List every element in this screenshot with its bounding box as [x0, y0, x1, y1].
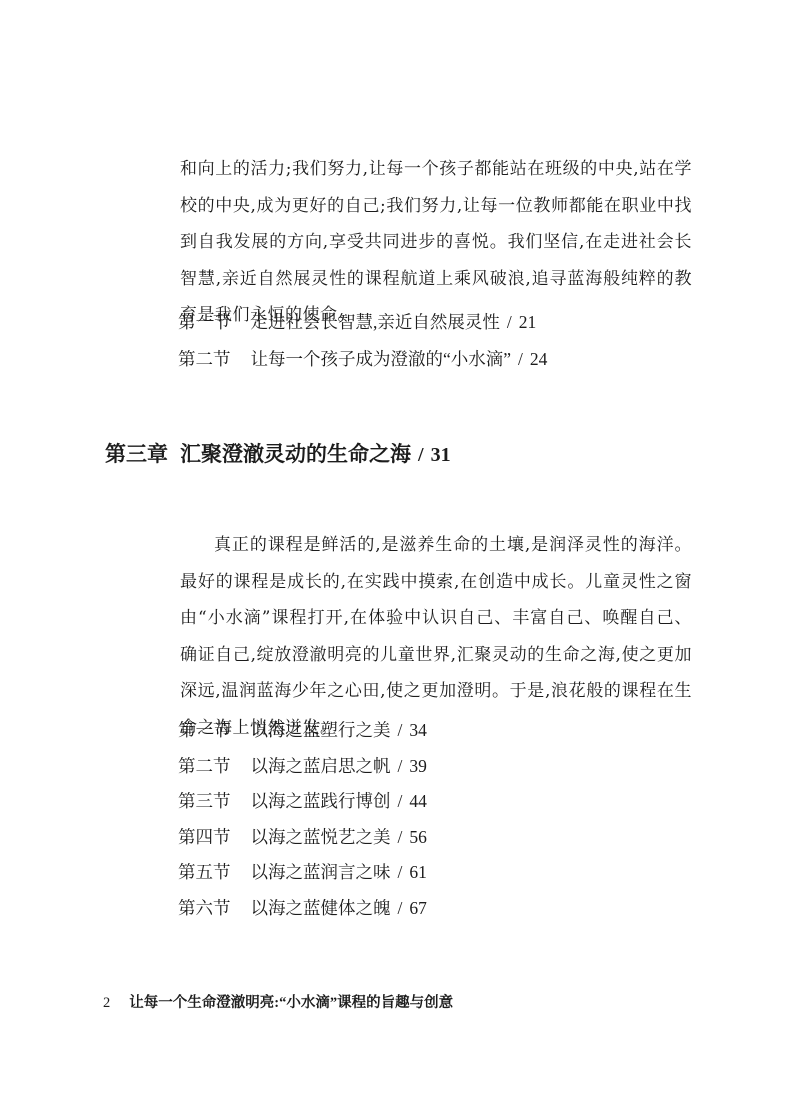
toc-entry: 第二节 以海之蓝启思之帆 / 39: [178, 749, 427, 785]
section-title: 以海之蓝润言之味: [251, 855, 391, 891]
section-page-number: 39: [409, 749, 427, 785]
section-label: 第二节: [178, 749, 231, 785]
chapter3-section-list: 第一节 以海之蓝塑行之美 / 34 第二节 以海之蓝启思之帆 / 39 第三节 …: [178, 713, 427, 926]
chapter-title: 汇聚澄澈灵动的生命之海: [180, 440, 411, 470]
chapter-label: 第三章: [105, 440, 168, 470]
page-separator: /: [398, 855, 403, 891]
chapter-heading: 第三章 汇聚澄澈灵动的生命之海 / 31: [105, 440, 451, 470]
section-page-number: 44: [409, 784, 427, 820]
toc-entry: 第三节 以海之蓝践行博创 / 44: [178, 784, 427, 820]
section-page-number: 61: [409, 855, 427, 891]
chapter-page-number: 31: [431, 440, 451, 470]
section-label: 第三节: [178, 784, 231, 820]
section-page-number: 56: [409, 820, 427, 856]
section-page-number: 34: [409, 713, 427, 749]
page-separator: /: [518, 341, 523, 378]
section-label: 第一节: [178, 713, 231, 749]
toc-entry: 第六节 以海之蓝健体之魄 / 67: [178, 891, 427, 927]
section-label: 第五节: [178, 855, 231, 891]
page-separator: /: [507, 304, 512, 341]
footer-page-number: 2: [103, 993, 110, 1013]
page-separator: /: [398, 784, 403, 820]
page-separator: /: [418, 440, 424, 470]
section-title: 以海之蓝践行博创: [251, 784, 391, 820]
section-label: 第二节: [178, 341, 231, 378]
section-label: 第四节: [178, 820, 231, 856]
toc-entry: 第二节 让每一个孩子成为澄澈的“小水滴” / 24: [178, 341, 547, 378]
chapter2-section-list: 第一节 走进社会长智慧,亲近自然展灵性 / 21 第二节 让每一个孩子成为澄澈的…: [178, 304, 547, 378]
toc-entry: 第四节 以海之蓝悦艺之美 / 56: [178, 820, 427, 856]
page-separator: /: [398, 891, 403, 927]
section-label: 第六节: [178, 891, 231, 927]
toc-entry: 第一节 以海之蓝塑行之美 / 34: [178, 713, 427, 749]
section-title: 以海之蓝悦艺之美: [251, 820, 391, 856]
page-separator: /: [398, 749, 403, 785]
section-title: 让每一个孩子成为澄澈的“小水滴”: [251, 341, 512, 378]
page-footer: 2 让每一个生命澄澈明亮:“小水滴”课程的旨趣与创意: [103, 993, 453, 1013]
toc-entry: 第五节 以海之蓝润言之味 / 61: [178, 855, 427, 891]
toc-entry: 第一节 走进社会长智慧,亲近自然展灵性 / 21: [178, 304, 547, 341]
section-label: 第一节: [178, 304, 231, 341]
section-page-number: 21: [519, 304, 537, 341]
section-title: 走进社会长智慧,亲近自然展灵性: [251, 304, 500, 341]
section-page-number: 24: [530, 341, 548, 378]
section-page-number: 67: [409, 891, 427, 927]
section-title: 以海之蓝健体之魄: [251, 891, 391, 927]
footer-book-title: 让每一个生命澄澈明亮:“小水滴”课程的旨趣与创意: [129, 993, 453, 1013]
book-page: 和向上的活力;我们努力,让每一个孩子都能站在班级的中央,站在学校的中央,成为更好…: [0, 0, 790, 1106]
section-title: 以海之蓝启思之帆: [251, 749, 391, 785]
section-title: 以海之蓝塑行之美: [251, 713, 391, 749]
page-separator: /: [398, 713, 403, 749]
page-separator: /: [398, 820, 403, 856]
